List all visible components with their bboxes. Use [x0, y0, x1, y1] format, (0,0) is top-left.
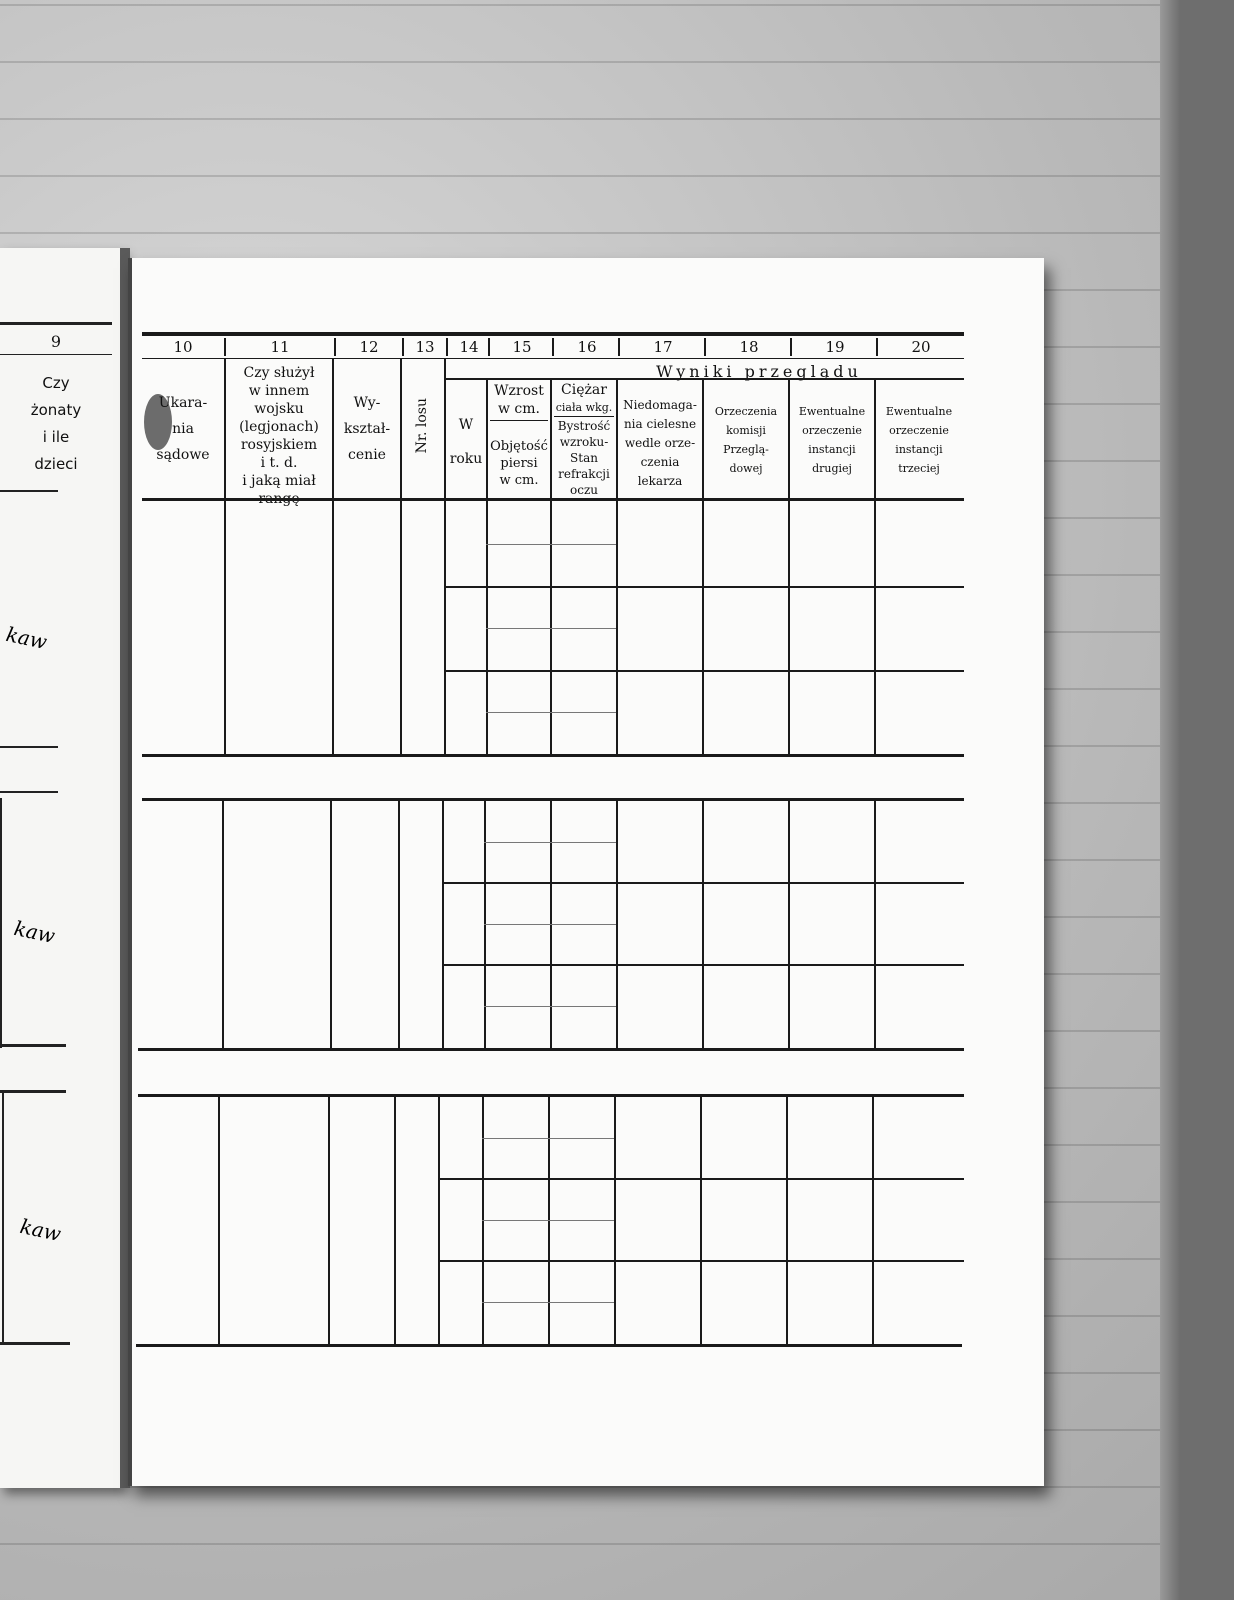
header-line: Wy-: [334, 390, 400, 416]
rule: [0, 1342, 70, 1345]
block-separator: [138, 1094, 964, 1097]
header-line: instancji: [790, 440, 874, 459]
block-separator: [138, 1048, 964, 1051]
header-line: Czy służył: [226, 364, 332, 382]
header-line: w cm.: [488, 472, 550, 489]
header-commission-ruling: Orzeczenia komisji Przeglą- dowej: [704, 402, 788, 478]
scanner-edge: [1180, 0, 1234, 1600]
column-number-16: 16: [554, 338, 620, 356]
rule: [224, 338, 226, 356]
header-bottom-rule: [142, 498, 964, 501]
header-line: wojsku: [226, 400, 332, 418]
header-line: Niedomaga-: [618, 396, 702, 415]
header-line: wzroku-: [552, 434, 616, 450]
rule: [0, 322, 112, 325]
header-line: drugiej: [790, 459, 874, 478]
column-number-19: 19: [792, 338, 878, 356]
header-line: (legjonach): [226, 418, 332, 436]
top-rule: [142, 332, 964, 336]
header-physical-ailments: Niedomaga- nia cielesne wedle orze- czen…: [618, 396, 702, 491]
header-second-instance: Ewentualne orzeczenie instancji drugiej: [790, 402, 874, 478]
header-penalties: Ukara- nia sądowe: [142, 390, 224, 468]
header-line: Objętość: [488, 438, 550, 455]
header-height: Wzrost w cm.: [488, 382, 550, 418]
rule: [876, 338, 878, 356]
header-line: cenie: [334, 442, 400, 468]
header-third-instance: Ewentualne orzeczenie instancji trzeciej: [876, 402, 962, 478]
rule: [402, 338, 404, 356]
rule: [618, 338, 620, 356]
header-line: Czy: [0, 370, 112, 397]
column-number-15: 15: [490, 338, 554, 356]
header-other-military-service: Czy służył w innem wojsku (legjonach) ro…: [226, 364, 332, 508]
header-line: instancji: [876, 440, 962, 459]
header-line: dowej: [704, 459, 788, 478]
block-separator: [142, 798, 964, 801]
header-line: orzeczenie: [876, 421, 962, 440]
header-education: Wy- kształ- cenie: [334, 390, 400, 468]
header-year: W roku: [446, 408, 486, 476]
header-line: refrakcji: [552, 466, 616, 482]
rule: [0, 490, 58, 492]
column-number-9: 9: [0, 332, 112, 351]
handwritten-entry: kaw: [18, 1214, 63, 1246]
column-number-10: 10: [142, 338, 224, 356]
header-line: komisji: [704, 421, 788, 440]
header-line: czenia: [618, 453, 702, 472]
rule: [0, 798, 2, 1048]
rule: [0, 791, 58, 793]
column-number-12: 12: [336, 338, 402, 356]
header-line: sądowe: [142, 442, 224, 468]
header-line: Ukara-: [142, 390, 224, 416]
rule: [490, 420, 548, 421]
rule: [446, 378, 964, 380]
column-number-13: 13: [404, 338, 446, 356]
header-line: oczu: [552, 482, 616, 498]
header-line: i jaką miał: [226, 472, 332, 490]
military-register-form: 10 11 12 13 14 15 16 17 18 19 20 Wyniki …: [128, 258, 1044, 1486]
header-line: nia: [142, 416, 224, 442]
header-line: Bystrość: [552, 418, 616, 434]
column-number-17: 17: [620, 338, 706, 356]
header-visual-acuity: Bystrość wzroku- Stan refrakcji oczu: [552, 418, 616, 498]
rule: [0, 354, 112, 355]
header-line: orzeczenie: [790, 421, 874, 440]
header-line: piersi: [488, 455, 550, 472]
handwritten-entry: kaw: [4, 622, 49, 654]
header-line: W: [446, 408, 486, 442]
header-line: żonaty: [0, 397, 112, 424]
header-line: nia cielesne: [618, 415, 702, 434]
column-number-11: 11: [226, 338, 334, 356]
header-line: Ewentualne: [790, 402, 874, 421]
header-chest-volume: Objętość piersi w cm.: [488, 438, 550, 489]
rule: [554, 416, 614, 417]
header-line: Ciężar: [552, 382, 616, 399]
rule: [0, 746, 58, 748]
rule: [0, 1090, 66, 1093]
header-line: Stan: [552, 450, 616, 466]
header-line: roku: [446, 442, 486, 476]
header-line: w innem: [226, 382, 332, 400]
header-line: wedle orze-: [618, 434, 702, 453]
header-line: trzeciej: [876, 459, 962, 478]
rule: [0, 1044, 66, 1047]
rule: [334, 338, 336, 356]
header-lot-number: Nr. losu: [414, 398, 430, 453]
header-line: w cm.: [488, 400, 550, 418]
column-number-18: 18: [706, 338, 792, 356]
header-line: Ewentualne: [876, 402, 962, 421]
handwritten-entry: kaw: [12, 916, 57, 948]
header-line: ciała wkg.: [552, 399, 616, 416]
block-separator: [142, 754, 964, 757]
rule: [552, 338, 554, 356]
rule: [488, 338, 490, 356]
column-number-14: 14: [448, 338, 490, 356]
rule: [142, 358, 964, 359]
header-line: kształ-: [334, 416, 400, 442]
rule: [2, 1093, 4, 1343]
header-line: i t. d.: [226, 454, 332, 472]
left-page-fragment: 9 Czy żonaty i ile dzieci kaw kaw kaw: [0, 248, 124, 1488]
column-number-20: 20: [878, 338, 964, 356]
header-line: Orzeczenia: [704, 402, 788, 421]
rule: [704, 338, 706, 356]
column-9-header: Czy żonaty i ile dzieci: [0, 370, 112, 478]
header-line: dzieci: [0, 451, 112, 478]
header-line: Przeglą-: [704, 440, 788, 459]
header-line: rosyjskiem: [226, 436, 332, 454]
header-line: Wzrost: [488, 382, 550, 400]
background-shadow: [1160, 0, 1180, 1600]
header-weight: Ciężar ciała wkg.: [552, 382, 616, 416]
header-line: i ile: [0, 424, 112, 451]
rule: [790, 338, 792, 356]
header-line: lekarza: [618, 472, 702, 491]
bottom-rule: [136, 1344, 962, 1347]
rule: [446, 338, 448, 356]
